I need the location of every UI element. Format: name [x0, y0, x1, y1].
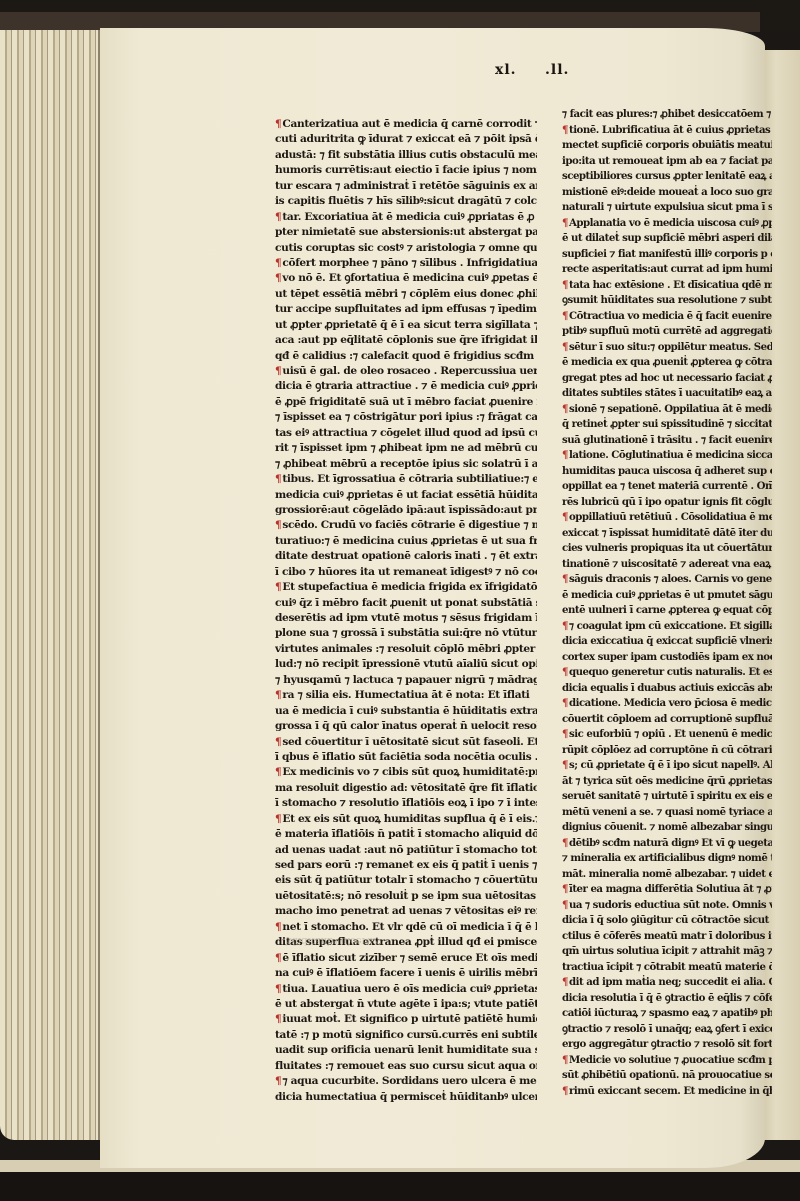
text-line: dicia equalis ī duabus actiuis exiccās a…: [562, 681, 772, 697]
rubricated-paragraph-mark-icon: ¶: [562, 883, 568, 895]
text-line: humiditas pauca uiscosa q̄ adheret sup o…: [562, 464, 772, 480]
text-line: q̄ retineṫ ꝓpter sui spissitudinē ⁊ sicc…: [562, 417, 772, 433]
text-line: ¶dētibꝰ scđm naturā dignꝰ Et vī ꝙ uegeta…: [562, 836, 772, 852]
text-line: ¶tibus. Et īgrossatiua ē cōtraria subtil…: [275, 472, 537, 487]
rubricated-paragraph-mark-icon: ¶: [275, 736, 281, 748]
text-line: uētositatē:s; nō resoluiṫ p se ipm sua u…: [275, 889, 537, 904]
text-line: āt ⁊ tyrica sūt oēs medicine q̄rū ꝓpriet…: [562, 774, 772, 790]
text-line: ¶sētur ī suo situ:⁊ oppilētur meatus. Se…: [562, 340, 772, 356]
text-line: rit ⁊ īspisset ipm ⁊ ꝓhibeat ipm ne ad m…: [275, 441, 537, 456]
text-line: sceptibiliores cursus ꝓpter lenitatē eaꝝ…: [562, 169, 772, 185]
text-line: ē materia īflatiōis n̄ patiṫ ī stomacho …: [275, 827, 537, 842]
text-column-right: ⁊ facit eas plures:⁊ ꝓhibet desiccatōem …: [562, 107, 772, 1099]
rubricated-paragraph-mark-icon: ¶: [562, 124, 568, 136]
text-line: ī cibo ⁊ hūores ita ut remaneat īdigestꝰ…: [275, 565, 537, 580]
rubricated-paragraph-mark-icon: ¶: [275, 473, 281, 485]
text-line: ¶net ī stomacho. Et vlr qdē cū oī medici…: [275, 920, 537, 935]
page-stack-left: [0, 30, 102, 1140]
text-line: ⁊ hyusqamū ⁊ lactuca ⁊ papauer nigrū ⁊ m…: [275, 673, 537, 688]
text-line: ē medicia cuiꝰ ꝓprietas ē ut pmutet sāgu…: [562, 588, 772, 604]
text-line: māt. mineralia nomē albezabar. ⁊ uidet e…: [562, 867, 772, 883]
text-line: na cuiꝰ ē īflatiōem facere ī uenis ē uir…: [275, 966, 537, 981]
text-line: catiōi iūcturaꝝ ⁊ spasmo eaꝝ ⁊ apatibꝰ p…: [562, 1006, 772, 1022]
rubricated-paragraph-mark-icon: ¶: [275, 813, 281, 825]
rubricated-paragraph-mark-icon: ¶: [562, 403, 568, 415]
rubricated-paragraph-mark-icon: ¶: [275, 952, 281, 964]
text-line: ua ē medicia ī cuiꝰ substantia ē hūidita…: [275, 704, 537, 719]
text-line: ma resoluit digestio ad: vētositatē q̄re…: [275, 781, 537, 796]
text-line: dicia humectatiua q̄ permisceṫ hūiditanb…: [275, 1090, 537, 1105]
rubricated-paragraph-mark-icon: ¶: [562, 217, 568, 229]
text-line: recte asperitatis:aut currat ad ipm humi…: [562, 262, 772, 278]
text-line: eis sūt q̄ patiūtur totalr ī stomacho ⁊ …: [275, 873, 537, 888]
text-line: gregat ptes ad hoc ut necessario faciat …: [562, 371, 772, 387]
text-line: ¶oppillatiuū retētiuū . Cōsolidatiua ē m…: [562, 510, 772, 526]
text-line: ¶cōfert morphee ⁊ pāno ⁊ sīlibus . Infri…: [275, 256, 537, 271]
text-line: ¶ua ⁊ sudoris eductiua sūt note. Omnis v…: [562, 898, 772, 914]
rubricated-paragraph-mark-icon: ¶: [275, 581, 281, 593]
text-line: sūt ꝓhibētiū opationū. nā prouocatiue se…: [562, 1068, 772, 1084]
text-line: tur escara ⁊ administraṫ ī retētōe sāgui…: [275, 179, 537, 194]
text-line: mectet supficiē corporis obuiātis meatui…: [562, 138, 772, 154]
folio-number-left: xl.: [495, 62, 517, 78]
text-line: qđ ē calidius :⁊ calefacit quod ē frigid…: [275, 349, 537, 364]
text-line: supficiei ⁊ fiat manifestū illiꝰ corpori…: [562, 247, 772, 263]
text-line: ditate destruat opationē caloris īnati .…: [275, 549, 537, 564]
text-line: ꝯsumit hūiditates sua resolutione ⁊ subt…: [562, 293, 772, 309]
text-line: ꝯtractio ⁊ resolō ī unaq̄q; eaꝝ ꝯfert ī …: [562, 1022, 772, 1038]
text-line: ¶Ex medicinis vo ⁊ cibis sūt quoꝝ humidi…: [275, 765, 537, 780]
text-line: ¶s; cū ꝓprietate q̄ ē ī ipo sicut napell…: [562, 758, 772, 774]
text-line: ē medicia ex qua ꝓueniṫ ꝓpterea ꝙ cōtrab…: [562, 355, 772, 371]
text-line: deserētis ad ipm vtutē motus ⁊ sēsus fri…: [275, 611, 537, 626]
text-line: dicia resolutia ī q̄ ē ꝯtractio ē eq̄lis…: [562, 991, 772, 1007]
text-line: ergo aggregātur ꝯtractio ⁊ resolō sit fo…: [562, 1037, 772, 1053]
text-line: rēs lubricū qū ī ipo opatur ignis fit cō…: [562, 495, 772, 511]
text-line: qm̄ uirtus solutiua īcipit ⁊ attrahit mā…: [562, 944, 772, 960]
text-line: ¶⁊ aqua cucurbite. Sordidans uero ulcera…: [275, 1074, 537, 1089]
text-line: ⁊ mineralia ex artificialibus dignꝰ nomē…: [562, 851, 772, 867]
text-line: ⁊ ꝓhibeat mēbrū a receptōe ipius sic sol…: [275, 457, 537, 472]
text-line: ditates subtiles stātes ī uacuitatibꝰ ea…: [562, 386, 772, 402]
text-line: cuiꝰ q̄z ī mēbro facit ꝓuenit ut ponat s…: [275, 596, 537, 611]
text-column-left: ¶Canterizatiua aut ē medicia q̄ carnē co…: [275, 117, 537, 1105]
text-line: medicia cuiꝰ ꝓprietas ē ut faciat essēti…: [275, 488, 537, 503]
text-line: tinationē ⁊ uiscositatē ⁊ adereat vna ea…: [562, 557, 772, 573]
rubricated-paragraph-mark-icon: ¶: [562, 279, 568, 291]
rubricated-paragraph-mark-icon: ¶: [562, 341, 568, 353]
text-line: suā glutinationē ī trāsitu . ⁊ facit eue…: [562, 433, 772, 449]
rubricated-paragraph-mark-icon: ¶: [275, 689, 281, 701]
text-line: ¶tata hac extēsione . Et dīsicatiua qdē …: [562, 278, 772, 294]
rubricated-paragraph-mark-icon: ¶: [562, 666, 568, 678]
text-line: ¶Cōtractiua vo medicia ē q̄ facit euenir…: [562, 309, 772, 325]
text-line: ipo:ita ut remoueat ipm ab ea ⁊ faciat p…: [562, 154, 772, 170]
text-line: ⁊ īspisset ea ⁊ cōstrigātur pori ipius :…: [275, 410, 537, 425]
text-line: ut ꝓpter ꝓprietatē q̄ ē ī ea sicut terra…: [275, 318, 537, 333]
text-line: uadit sup orificia uenarū lenit humidita…: [275, 1043, 537, 1058]
rubricated-paragraph-mark-icon: ¶: [562, 620, 568, 632]
text-line: dicia exiccatiua q̄ exiccat supficiē vln…: [562, 634, 772, 650]
rubricated-paragraph-mark-icon: ¶: [562, 837, 568, 849]
text-line: ¶ra ⁊ silia eis. Humectatiua āt ē nota: …: [275, 688, 537, 703]
text-line: ctilus ē cōferēs meatū matr ī doloribus …: [562, 929, 772, 945]
text-line: dignius cōuenit. ⁊ nomē albezabar singul…: [562, 820, 772, 836]
text-line: ¶Et stupefactiua ē medicia frigida ex īf…: [275, 580, 537, 595]
text-line: ē ut dilateṫ sup supficiē mēbri asperi d…: [562, 231, 772, 247]
text-line: ¶tar. Excoriatiua āt ē medicia cuiꝰ ꝓpri…: [275, 210, 537, 225]
text-line: mistionē eiꝰ:deide moueaṫ a loco suo gra…: [562, 185, 772, 201]
rubricated-paragraph-mark-icon: ¶: [562, 310, 568, 322]
text-line: ē ut abstergat n̄ vtute agēte ī ipa:s; v…: [275, 997, 537, 1012]
text-line: tas eiꝰ attractiua ⁊ cōgelet illud quod …: [275, 426, 537, 441]
text-line: cortex super ipam custodiēs ipam ex nocu…: [562, 650, 772, 666]
text-line: seruēt sanitatē ⁊ uirtutē ī spiritu ex e…: [562, 789, 772, 805]
text-line: ¶iuuat moṫ. Et significo p uirtutē patiē…: [275, 1012, 537, 1027]
text-line: plone sua ⁊ grossā ī substātia sui:q̄re …: [275, 626, 537, 641]
text-line: adustā: ⁊ fit substātia illius cutis obs…: [275, 148, 537, 163]
text-line: ¶sed cōuertitur ī uētositatē sicut sūt f…: [275, 735, 537, 750]
text-line: ¶latione. Cōglutinatiua ē medicina sicca…: [562, 448, 772, 464]
text-line: ¶sionē ⁊ sepationē. Oppilatiua āt ē medi…: [562, 402, 772, 418]
text-line: sed pars eorū :⁊ remanet ex eis q̄ patiṫ…: [275, 858, 537, 873]
rubricated-paragraph-mark-icon: ¶: [275, 118, 281, 130]
rubricated-paragraph-mark-icon: ¶: [562, 573, 568, 585]
text-line: ¶Canterizatiua aut ē medicia q̄ carnē co…: [275, 117, 537, 132]
rubricated-paragraph-mark-icon: ¶: [562, 697, 568, 709]
text-line: ¶Medicie vo solutiue ⁊ ꝓuocatiue scđm pm…: [562, 1053, 772, 1069]
text-line: cuti aduritrita ꝙ īdurat ⁊ exiccat eā ⁊ …: [275, 132, 537, 147]
text-line: humoris currētis:aut eiectio ī facie ipi…: [275, 163, 537, 178]
text-line: cōuertit cōploem ad corruptionē supfluā …: [562, 712, 772, 728]
rubricated-paragraph-mark-icon: ¶: [562, 511, 568, 523]
text-line: exiccat ⁊ īspissat humiditatē dātē īter …: [562, 526, 772, 542]
text-line: tractiua īcipit ⁊ cōtrabit meatū materie…: [562, 960, 772, 976]
text-line: cies vulneris propiquas ita ut cōuertātu…: [562, 541, 772, 557]
text-line: turatiuo:⁊ ē medicina cuius ꝓprietas ē u…: [275, 534, 537, 549]
text-line: ¶sāguis draconis ⁊ aloes. Carnis vo gene…: [562, 572, 772, 588]
text-line: oppillat ea ⁊ tenet materiā currentē . O…: [562, 479, 772, 495]
text-line: ¶scēdo. Crudū vo faciēs cōtrarie ē diges…: [275, 518, 537, 533]
text-line: ¶⁊ coagulat ipm cū exiccatione. Et sigil…: [562, 619, 772, 635]
text-line: tatē :⁊ p motū significo cursū.currēs en…: [275, 1028, 537, 1043]
text-line: rūpit cōplōez ad corruptōne n̄ cū cōtrar…: [562, 743, 772, 759]
text-line: ¶Et ex eis sūt quoꝝ humiditas supflua q̄…: [275, 812, 537, 827]
rubricated-paragraph-mark-icon: ¶: [562, 1085, 568, 1097]
text-line: macho imo penetrat ad uenas ⁊ vētositas …: [275, 904, 537, 919]
rubricated-paragraph-mark-icon: ¶: [562, 449, 568, 461]
text-line: pter nimietatē sue abstersionis:ut abste…: [275, 225, 537, 240]
rubricated-paragraph-mark-icon: ¶: [275, 211, 281, 223]
rubricated-paragraph-mark-icon: ¶: [562, 759, 568, 771]
rubricated-paragraph-mark-icon: ¶: [275, 257, 281, 269]
text-line: ¶dit ad ipm maṫia neq; succedit ei alia.…: [562, 975, 772, 991]
text-line: aca :aut pp eq̄litatē cōplonis sue q̄re …: [275, 333, 537, 348]
text-line: ad uenas uadat :aut nō patiūtur ī stomac…: [275, 843, 537, 858]
rubricated-paragraph-mark-icon: ¶: [562, 899, 568, 911]
text-line: ¶ē īflatio sicut zizīber ⁊ semē eruce Et…: [275, 951, 537, 966]
rubricated-paragraph-mark-icon: ¶: [562, 1054, 568, 1066]
rubricated-paragraph-mark-icon: ¶: [275, 921, 281, 933]
text-line: dicia ē ꝯtraria attractiue . ⁊ ē medicia…: [275, 379, 537, 394]
text-line: ¶quequo generetur cutis naturalis. Et es…: [562, 665, 772, 681]
folio-number-right: .ll.: [545, 62, 569, 78]
text-line: is capitis fluētis ⁊ hīs sīlibꝰ:sicut dr…: [275, 194, 537, 209]
text-line: ī stomacho ⁊ resolutio īflatiōis eoꝝ ī i…: [275, 796, 537, 811]
text-line: ¶tiua. Lauatiua uero ē oīs medicia cuiꝰ …: [275, 982, 537, 997]
text-line: ut tēpet essētiā mēbri ⁊ cōplēm eius don…: [275, 287, 537, 302]
text-line: ¶tionē. Lubrificatiua āt ē cuius ꝓprieta…: [562, 123, 772, 139]
text-line: grossiorē:aut cōgelādo ipā:aut īspissādo…: [275, 503, 537, 518]
text-line: dicia ī q̄ solo ꝯiūgitur cū cōtractōe si…: [562, 913, 772, 929]
text-line: ¶Applanatia vo ē medicia uiscosa cuiꝰ ꝓp…: [562, 216, 772, 232]
text-line: ¶īter ea magna differētia Solutiua āt ⁊ …: [562, 882, 772, 898]
rubricated-paragraph-mark-icon: ¶: [275, 1013, 281, 1025]
rubricated-paragraph-mark-icon: ¶: [275, 1075, 281, 1087]
text-line: ¶dicatione. Medicia vero p̄ciosa ē medic…: [562, 696, 772, 712]
rubricated-paragraph-mark-icon: ¶: [275, 766, 281, 778]
text-line: naturali ⁊ uirtute expulsiua sicut pma ī…: [562, 200, 772, 216]
rubricated-paragraph-mark-icon: ¶: [562, 976, 568, 988]
text-line: mētū veneni a se. ⁊ quasi nomē tyriace a…: [562, 805, 772, 821]
text-line: ⁊ facit eas plures:⁊ ꝓhibet desiccatōem …: [562, 107, 772, 123]
rubricated-paragraph-mark-icon: ¶: [275, 983, 281, 995]
background-bottom: [0, 1172, 800, 1201]
text-line: lud:⁊ nō recipit īpressionē vtutū aīaliū…: [275, 657, 537, 672]
text-line: cutis coruptas sic costꝰ ⁊ aristologia ⁊…: [275, 241, 537, 256]
show-through-text: hūiditanbꝰ ulceruz: [285, 935, 535, 949]
text-line: fluitates :⁊ remouet eas suo cursu sicut…: [275, 1059, 537, 1074]
rubricated-paragraph-mark-icon: ¶: [562, 728, 568, 740]
text-line: ¶sic euforbiū ⁊ opiū . Et uenenū ē medic…: [562, 727, 772, 743]
text-line: ¶vo nō ē. Et ꝯfortatiua ē medicina cuiꝰ …: [275, 271, 537, 286]
text-line: ptibꝰ supfluū motū currētē ad aggregatio…: [562, 324, 772, 340]
text-line: ī qbus ē īflatio sūt faciētia soda nocēt…: [275, 750, 537, 765]
text-line: ē ꝓpē frigiditatē suā ut ī mēbro faciat …: [275, 395, 537, 410]
rubricated-paragraph-mark-icon: ¶: [275, 519, 281, 531]
text-line: tur accipe supfluitates ad ipm effusas ⁊…: [275, 302, 537, 317]
rubricated-paragraph-mark-icon: ¶: [275, 272, 281, 284]
rubricated-paragraph-mark-icon: ¶: [275, 365, 281, 377]
text-line: ¶uisū ē gal. de oleo rosaceo . Repercuss…: [275, 364, 537, 379]
text-line: grossa ī q̄ qū calor īnatus operaṫ n̄ ue…: [275, 719, 537, 734]
text-line: entē uulneri ī carne ꝓpterea ꝙ equat cōp…: [562, 603, 772, 619]
text-line: ¶rimū exiccant secem. Et medicine in q̄b…: [562, 1084, 772, 1100]
text-line: virtutes animales :⁊ resoluit cōplō mēbr…: [275, 642, 537, 657]
